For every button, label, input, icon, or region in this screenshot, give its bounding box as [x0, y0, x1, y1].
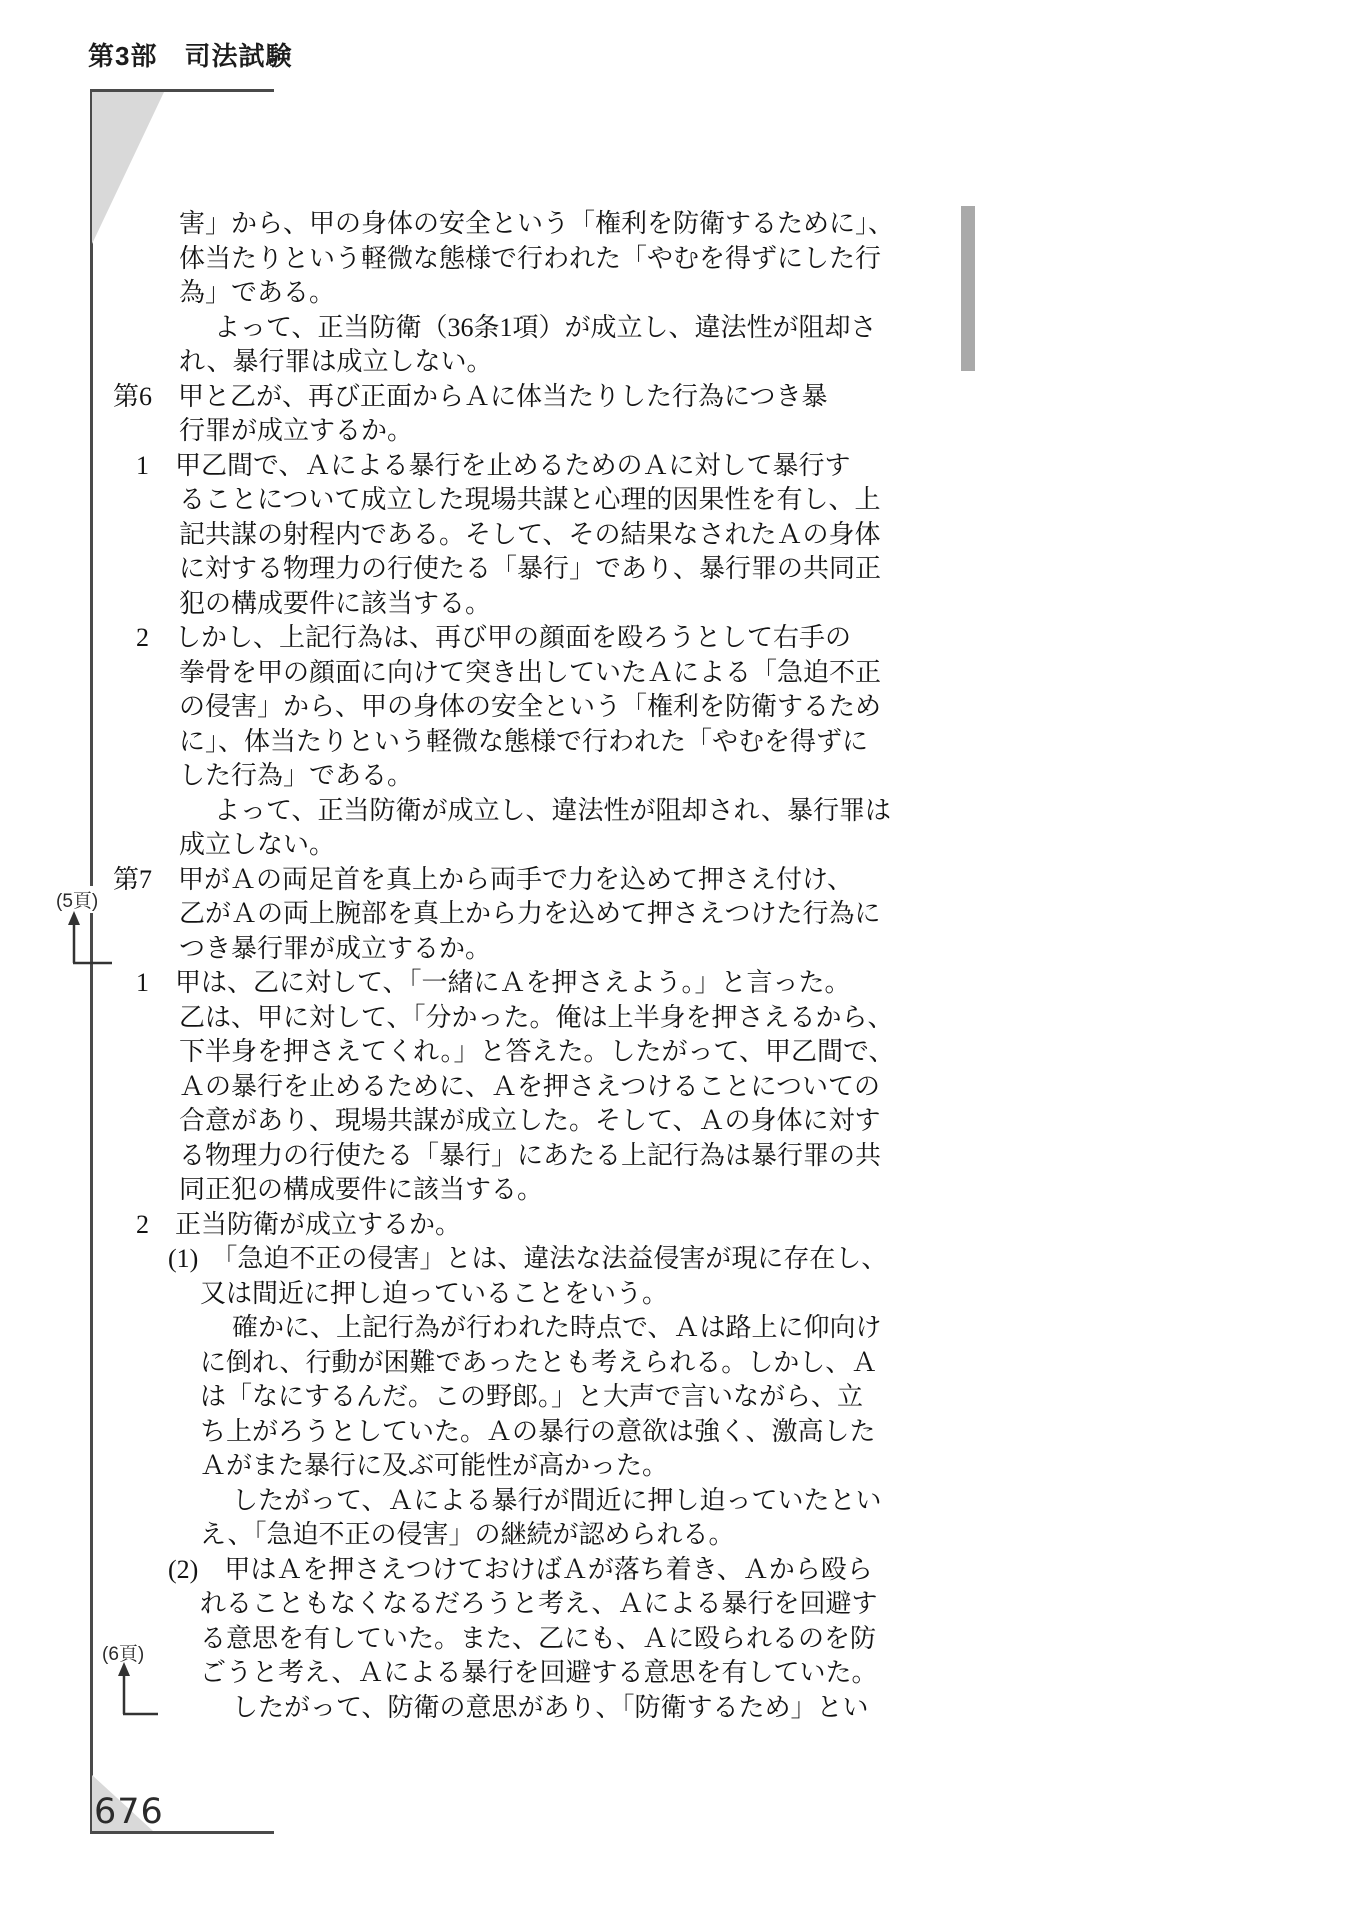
text-line: した行為」である。 — [179, 759, 413, 794]
text-line: に倒れ、行動が困難であったとも考えられる。しかし、Ａ — [200, 1346, 877, 1381]
text-line: したがって、防衛の意思があり、「防衛するため」とい — [232, 1691, 868, 1726]
text-line: 乙は、甲に対して、「分かった。俺は上半身を押さえるから、 — [179, 1001, 893, 1036]
text-line: 1 甲は、乙に対して、「一緒にＡを押さえよう。」と言った。 — [136, 966, 850, 1001]
text-line: 合意があり、現場共謀が成立した。そして、Ａの身体に対す — [179, 1104, 880, 1139]
text-line: 2 正当防衛が成立するか。 — [136, 1208, 461, 1243]
answer-text-block: 害」から、甲の身体の安全という「権利を防衛するために」、体当たりという軽微な態様… — [0, 0, 1350, 1920]
text-line: 下半身を押さえてくれ。」と答えた。したがって、甲乙間で、 — [179, 1035, 895, 1070]
text-line: 1 甲乙間で、Ａによる暴行を止めるためのＡに対して暴行す — [136, 449, 850, 484]
page6-start-arrow-icon — [110, 1661, 170, 1721]
page5-start-arrow-icon — [60, 910, 120, 970]
text-line: 成立しない。 — [179, 828, 335, 863]
text-line: に対する物理力の行使たる「暴行」であり、暴行罪の共同正 — [179, 552, 881, 587]
text-line: は「なにするんだ。この野郎。」と大声で言いながら、立 — [200, 1380, 863, 1415]
text-line: 第7 甲がＡの両足首を真上から両手で力を込めて押さえ付け、 — [113, 863, 853, 898]
text-line: 体当たりという軽微な態様で行われた「やむを得ずにした行 — [179, 242, 881, 277]
text-line: 同正犯の構成要件に該当する。 — [179, 1173, 543, 1208]
text-line: 記共謀の射程内である。そして、その結果なされたＡの身体 — [179, 518, 880, 553]
text-line: 乙がＡの両上腕部を真上から力を込めて押さえつけた行為に — [179, 897, 880, 932]
text-line: に」、体当たりという軽微な態様で行われた「やむを得ずに — [179, 725, 868, 760]
text-line: ることについて成立した現場共謀と心理的因果性を有し、上 — [179, 483, 880, 518]
text-line: つき暴行罪が成立するか。 — [179, 932, 491, 967]
text-line: 2 しかし、上記行為は、再び甲の顔面を殴ろうとして右手の — [136, 621, 851, 656]
text-line: したがって、Ａによる暴行が間近に押し迫っていたとい — [232, 1484, 881, 1519]
text-line: 第6 甲と乙が、再び正面からＡに体当たりした行為につき暴 — [113, 380, 827, 415]
text-line: れ、暴行罪は成立しない。 — [179, 345, 493, 380]
text-line: (1) 「急迫不正の侵害」とは、違法な法益侵害が現に存在し、 — [168, 1242, 887, 1277]
text-line: ごうと考え、Ａによる暴行を回避する意思を有していた。 — [200, 1656, 878, 1691]
text-line: 行罪が成立するか。 — [179, 414, 413, 449]
text-line: 為」である。 — [179, 276, 335, 311]
text-line: 又は間近に押し迫っていることをいう。 — [200, 1277, 668, 1312]
text-line: る意思を有していた。また、乙にも、Ａに殴られるのを防 — [200, 1622, 876, 1657]
text-line: え、「急迫不正の侵害」の継続が認められる。 — [200, 1518, 735, 1553]
text-line: Ａがまた暴行に及ぶ可能性が高かった。 — [200, 1449, 668, 1484]
text-line: の侵害」から、甲の身体の安全という「権利を防衛するため — [179, 690, 881, 725]
margin-note-page5: (5頁) — [54, 886, 100, 913]
text-line: 確かに、上記行為が行われた時点で、Ａは路上に仰向け — [232, 1311, 881, 1346]
text-line: 害」から、甲の身体の安全という「権利を防衛するために」、 — [179, 207, 894, 242]
page-number: 676 — [94, 1792, 164, 1832]
text-line: ち上がろうとしていた。Ａの暴行の意欲は強く、激高した — [200, 1415, 875, 1450]
book-page: { "header": { "title": "第3部 司法試験" }, "pa… — [0, 0, 1350, 1920]
text-line: 拳骨を甲の顔面に向けて突き出していたＡによる「急迫不正 — [179, 656, 881, 691]
text-line: Ａの暴行を止めるために、Ａを押さえつけることについての — [179, 1070, 880, 1105]
text-line: よって、正当防衛（36条1項）が成立し、違法性が阻却さ — [214, 311, 876, 346]
text-line: よって、正当防衛が成立し、違法性が阻却され、暴行罪は — [214, 794, 891, 829]
text-line: (2) 甲はＡを押さえつけておけばＡが落ち着き、Ａから殴ら — [168, 1553, 873, 1588]
text-line: れることもなくなるだろうと考え、Ａによる暴行を回避す — [200, 1587, 878, 1622]
text-line: る物理力の行使たる「暴行」にあたる上記行為は暴行罪の共 — [179, 1139, 881, 1174]
text-line: 犯の構成要件に該当する。 — [179, 587, 491, 622]
